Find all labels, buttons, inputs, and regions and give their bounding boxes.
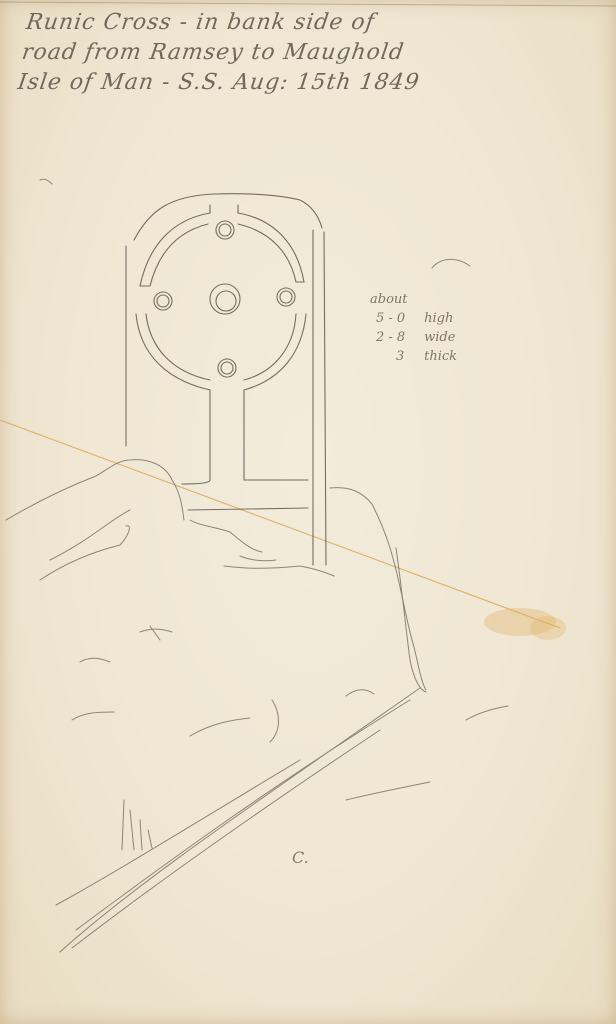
inscription-line-1: Runic Cross - in bank side of (24, 8, 616, 38)
width-unit: wide (424, 330, 455, 345)
sketch-sheet: Runic Cross - in bank side of road from … (0, 0, 616, 1024)
thickness-unit: thick (424, 349, 457, 364)
crease-line (0, 420, 560, 628)
measurement-width: 2 - 8 wide (370, 328, 457, 347)
thickness-value: 3 (370, 347, 420, 366)
measurements-label: about (370, 290, 457, 309)
pencil-drawing (0, 0, 616, 1024)
initial-mark: C. (292, 848, 309, 867)
inscription: Runic Cross - in bank side of road from … (16, 8, 616, 98)
measurement-height: 5 - 0 high (370, 309, 457, 328)
runic-cross (126, 194, 326, 565)
measurements-note: about 5 - 0 high 2 - 8 wide 3 thick (370, 290, 457, 366)
height-value: 5 - 0 (370, 309, 420, 328)
inscription-line-3: Isle of Man - S.S. Aug: 15th 1849 (16, 68, 610, 98)
measurement-thickness: 3 thick (370, 347, 457, 366)
inscription-line-2: road from Ramsey to Maughold (20, 38, 614, 68)
height-unit: high (424, 311, 453, 326)
width-value: 2 - 8 (370, 328, 420, 347)
